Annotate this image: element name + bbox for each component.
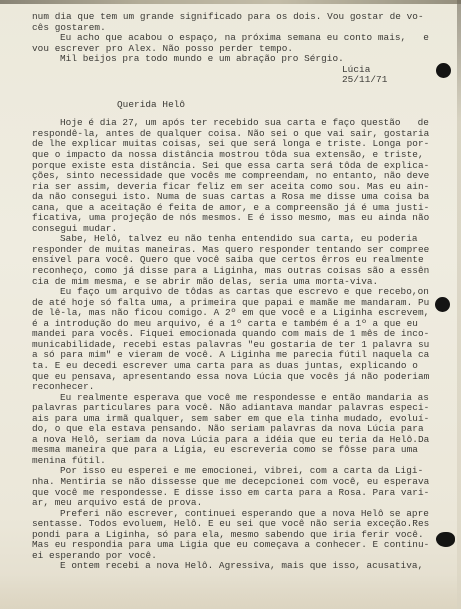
- text-line: nha. Mentiria se não dissesse que me dec…: [32, 477, 432, 488]
- signature-date: 25/11/71: [32, 75, 432, 86]
- text-line: que o impacto da nossa distância mostrou…: [32, 150, 432, 161]
- paragraph-7: E ontem recebi a nova Helô. Agressiva, m…: [32, 561, 432, 572]
- previous-letter-ending: num dia que tem um grande significado pa…: [32, 12, 432, 86]
- punch-hole: [436, 63, 451, 78]
- text-line: num dia que tem um grande significado pa…: [32, 12, 432, 23]
- text-line: E ontem recebi a nova Helô. Agressiva, m…: [32, 561, 432, 572]
- paragraph-2: Sabe, Helô, talvez eu não tenha entendid…: [32, 234, 432, 287]
- paragraph-5: Por isso eu esperei e me emocionei, vibr…: [32, 466, 432, 508]
- paragraph-1: Hoje é dia 27, um após ter recebido sua …: [32, 118, 432, 234]
- paragraph-3: Eu faço um arquivo de tôdas as cartas qu…: [32, 287, 432, 392]
- punch-hole: [435, 297, 450, 312]
- text-line: Mil beijos pra todo mundo e um abração p…: [32, 54, 432, 65]
- paper-aging-shade: [0, 574, 461, 609]
- text-line: reconhecer.: [32, 382, 432, 393]
- salutation: Querida Helô: [32, 100, 432, 111]
- paragraph-4: Eu realmente esperava que você me respon…: [32, 393, 432, 467]
- text-line: reconheço, como já disse para a Liginha,…: [32, 266, 432, 277]
- paragraph-6: Preferi não escrever, continuei esperand…: [32, 509, 432, 562]
- text-line: ta. E eu decedi escrever uma carta para …: [32, 361, 432, 372]
- typewritten-text: num dia que tem um grande significado pa…: [32, 12, 432, 572]
- punch-hole: [436, 532, 455, 547]
- letter-page: num dia que tem um grande significado pa…: [0, 0, 461, 609]
